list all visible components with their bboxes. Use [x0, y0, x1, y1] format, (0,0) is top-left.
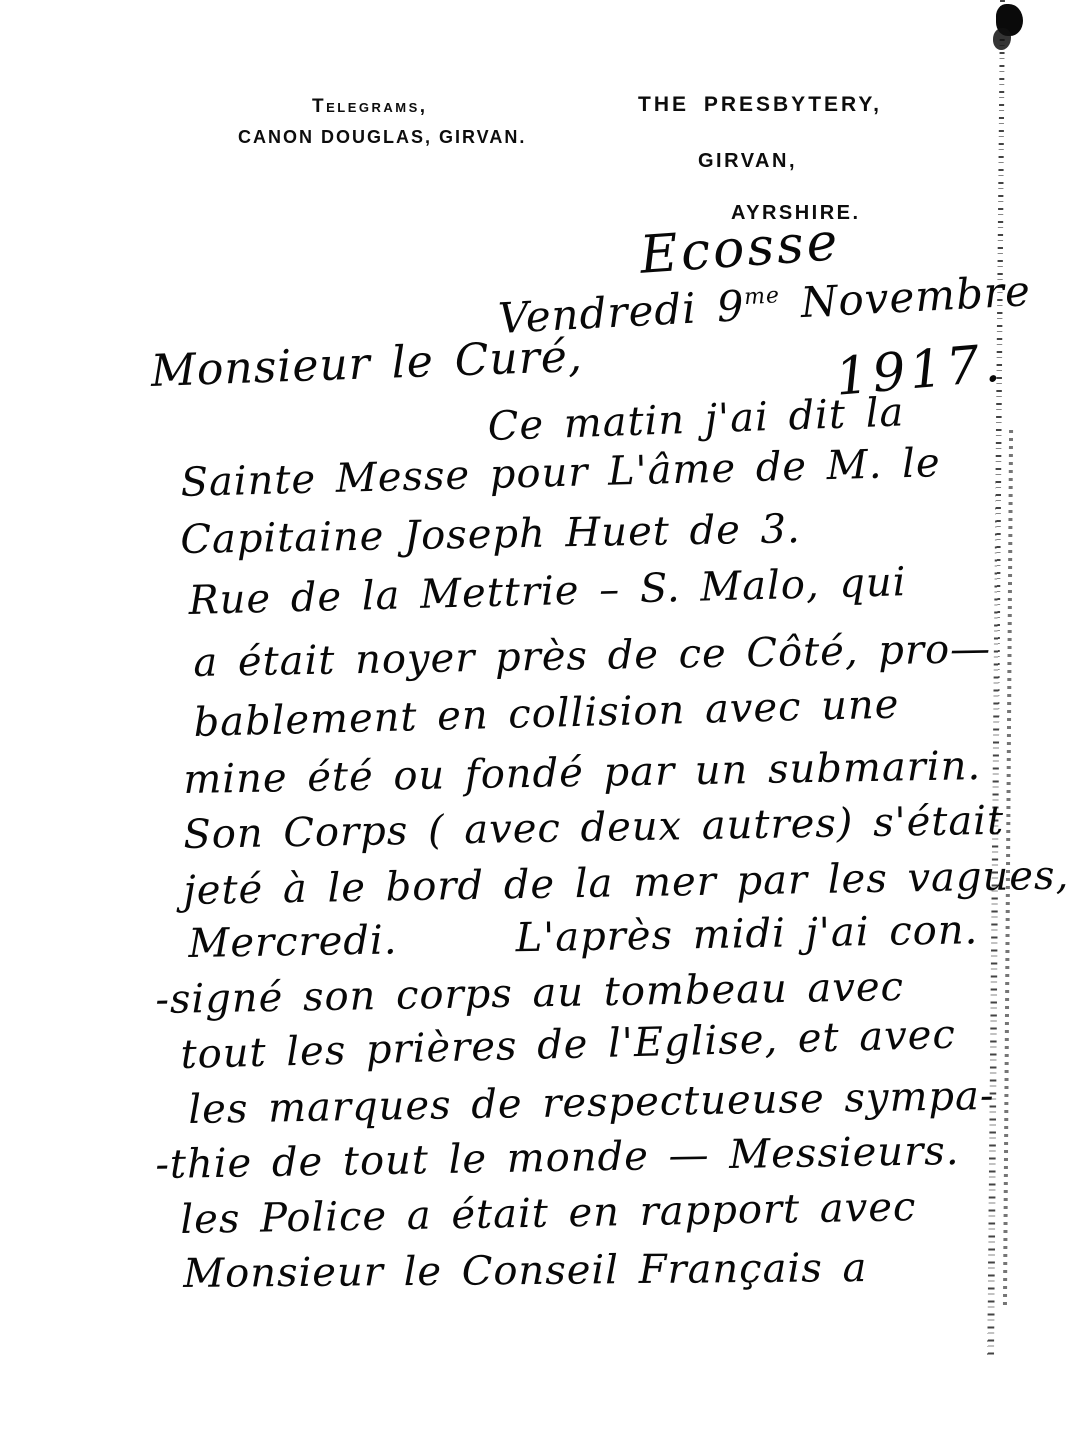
- handwritten-place: Ecosse: [638, 212, 842, 286]
- handwritten-line-8: Son Corps ( avec deux autres) s'était: [183, 798, 1004, 858]
- handwritten-line-16: Monsieur le Conseil Français a: [183, 1245, 868, 1297]
- handwritten-line-11: -signé son corps au tombeau avec: [155, 964, 904, 1023]
- handwritten-line-7: mine été ou fondé par un submarin.: [183, 743, 981, 803]
- handwritten-line-14: -thie de tout le monde — Messieurs.: [155, 1128, 960, 1188]
- handwritten-line-5: a était noyer près de ce Côté, pro—: [193, 626, 991, 686]
- handwritten-line-1: Ce matin j'ai dit la: [487, 389, 905, 450]
- handwritten-line-9: jeté à le bord de la mer par les vagues,: [183, 853, 1070, 914]
- handwritten-line-12: tout les prières de l'Eglise, et avec: [180, 1012, 956, 1078]
- date-month: Novembre: [779, 266, 1032, 328]
- handwritten-line-6: bablement en collision avec une: [193, 682, 900, 746]
- scan-corner-mark: [996, 4, 1023, 36]
- handwritten-salutation: Monsieur le Curé,: [150, 331, 584, 397]
- handwritten-line-15: les Police a était en rapport avec: [180, 1184, 917, 1243]
- date-ordinal-superscript: me: [743, 283, 780, 310]
- handwritten-line-4: Rue de la Mettrie – S. Malo, qui: [188, 559, 907, 624]
- letterhead-telegrams-label: Telegrams,: [312, 96, 428, 118]
- handwritten-line-2: Sainte Messe pour L'âme de M. le: [180, 440, 941, 506]
- letterhead-telegrams-address: CANON DOUGLAS, GIRVAN.: [238, 127, 526, 148]
- letterhead-presbytery: THE PRESBYTERY,: [638, 93, 882, 117]
- letter-page: Telegrams, CANON DOUGLAS, GIRVAN. THE PR…: [0, 0, 1079, 1446]
- letterhead-town: GIRVAN,: [698, 150, 797, 173]
- handwritten-line-10: Mercredi. L'après midi j'ai con.: [188, 907, 979, 967]
- handwritten-line-13: les marques de respectueuse sympa-: [188, 1073, 995, 1133]
- handwritten-line-3: Capitaine Joseph Huet de 3.: [180, 506, 801, 563]
